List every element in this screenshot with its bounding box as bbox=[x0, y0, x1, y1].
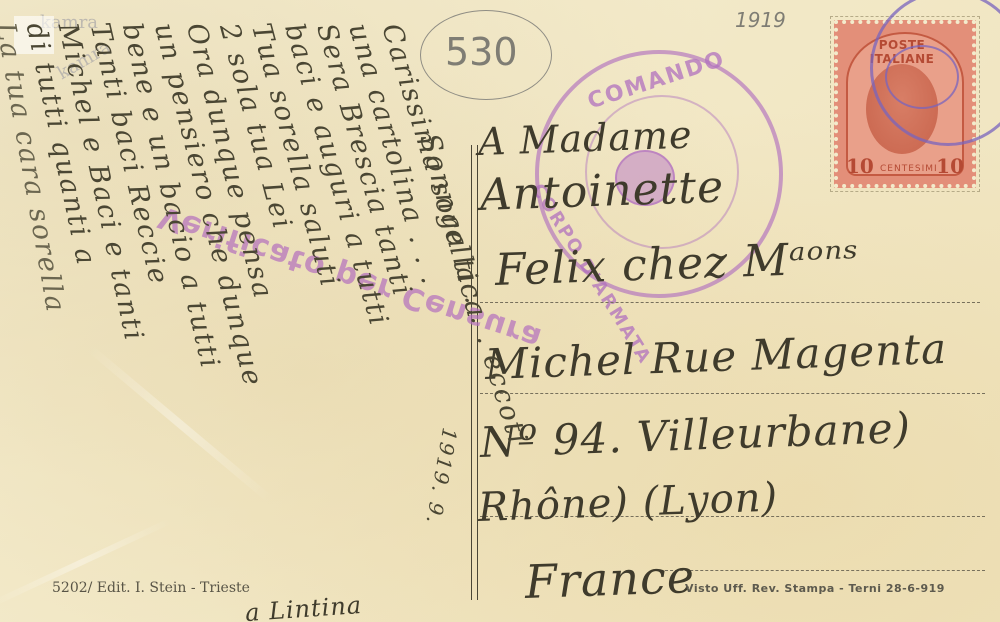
address-line-4: Michel Rue Magenta bbox=[484, 324, 948, 389]
center-divider bbox=[471, 145, 478, 600]
stamp-value-left: 10 bbox=[846, 154, 874, 178]
address-line-2: Antoinette bbox=[479, 161, 725, 220]
stamp-value-right: 10 bbox=[936, 154, 964, 178]
address-line-3: Felix chez Mᵃᵒⁿˢ bbox=[494, 232, 860, 296]
censorship-imprint: Visto Uff. Rev. Stampa - Terni 28-6-919 bbox=[685, 582, 945, 595]
message-date: 1919. 9. bbox=[421, 426, 462, 527]
message-signature: a Lintina bbox=[244, 591, 363, 622]
postmark-circle-inner bbox=[885, 45, 959, 109]
pencil-year: 1919 bbox=[735, 8, 786, 32]
address-line-rule bbox=[660, 570, 985, 571]
address-line-7: France bbox=[524, 549, 696, 609]
pencil-number: 530 bbox=[445, 30, 518, 74]
publisher-imprint: 5202/ Edit. I. Stein - Trieste bbox=[52, 580, 250, 596]
address-line-6: Rhône) (Lyon) bbox=[477, 475, 779, 531]
stamp-denomination: CENTESIMI bbox=[880, 164, 938, 174]
address-line-rule bbox=[480, 393, 985, 394]
address-line-rule bbox=[480, 302, 980, 303]
address-line-5: Nº 94. Villeurbane) bbox=[479, 403, 912, 467]
address-line-1: A Madame bbox=[477, 113, 693, 164]
postcard: kamra kamra 530 1919 COMANDO CORPO D'ARM… bbox=[0, 0, 1000, 622]
